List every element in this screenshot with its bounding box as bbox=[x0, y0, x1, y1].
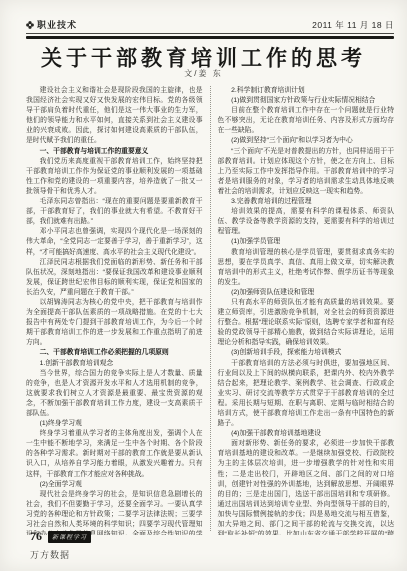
page-number: 76 bbox=[30, 529, 42, 544]
paragraph: 终身学习着重从学习者的主体角度出发，强调个人在一生中能不断地学习，来满足一生中各… bbox=[26, 429, 203, 479]
header-rule-thick bbox=[26, 36, 394, 40]
section-label-text: 职业技术 bbox=[37, 18, 77, 31]
subsection-heading: (3)创新培训手段，探索能力培训模式 bbox=[218, 348, 395, 358]
issue-date: 2011 年 11 月 18 日 bbox=[312, 19, 394, 31]
subsection-heading: (4)加强干部教育培训基地建设 bbox=[218, 429, 395, 439]
paragraph: 教育培训管理的核心是学员管理，要贯彻求真务实的思想，要在学员真学、真信、真用上做… bbox=[218, 248, 395, 288]
paragraph: 培训效果的提高，需要有科学的课程体系、师资队伍、教学设备等教学资源的支持，更需要… bbox=[218, 207, 395, 237]
subsection-heading: (2)全面学习观 bbox=[26, 480, 203, 490]
subsection-heading: 2.科学制订教育培训计划 bbox=[218, 86, 395, 96]
paragraph: 面对新形势、新任务的要求，必须进一步加快干部教育培训基地的建设和改革。一是继续加… bbox=[218, 439, 395, 535]
flower-icon bbox=[26, 21, 34, 29]
article-body: 建设社会主义和谐社会是现阶段我国的主旋律，也是我国经济社会实现又好又快发展的宏伟… bbox=[26, 86, 394, 535]
subsection-heading: 3.完善教育培训的过程管理 bbox=[218, 197, 395, 207]
subsection-heading: (1)做到贯彻国家方针政策与行业实际情况相结合 bbox=[218, 96, 395, 106]
paragraph: 只有高水平的师资队伍才能有高质量的培训效果。要建立师资库，引进激励竞争机制，对全… bbox=[218, 298, 395, 348]
paragraph: 以胡锦涛同志为核心的党中央，把干部教育与培训作为全面提高干部队伍素质的一项战略措… bbox=[26, 298, 203, 348]
subsection-heading: (1)加强学员管理 bbox=[218, 237, 395, 247]
right-column: 2.科学制订教育培训计划(1)做到贯彻国家方针政策与行业实际情况相结合目前在整个… bbox=[211, 86, 395, 535]
paragraph: 干部教育培训的方法必须与时俱进，要加强地区间、行业间以及上下间的纵横向联系，把课… bbox=[218, 359, 395, 430]
article-byline: 文/姜 东 bbox=[0, 68, 407, 79]
paragraph: 我们党历来高度重视干部教育培训工作，始终坚持把干部教育培训工作作为保证党的事业顺… bbox=[26, 157, 203, 197]
journal-logo-badge: 新课程学习 bbox=[48, 531, 91, 543]
subsection-heading: 1.创新干部教育培训观念 bbox=[26, 359, 203, 369]
paragraph: 毛泽东同志曾指出：“现在的重要问题是要重新教育干部，干部教育好了，我们的事业就大… bbox=[26, 197, 203, 227]
subsection-heading: (2)做到坚持“三个面向”和以学习者为中心 bbox=[218, 136, 395, 146]
paragraph: 邓小平同志也曾强调，实现四个现代化是一场深刻的伟大革命，“全党同志一定要善于学习… bbox=[26, 227, 203, 257]
page-footer: 76 新课程学习 万方数据 bbox=[30, 529, 91, 561]
paragraph: 江泽民同志根据我们党面临的新形势、新任务和干部队伍状况，深刻地指出：“要保证我国… bbox=[26, 258, 203, 298]
scanned-article-page: 职业技术 2011 年 11 月 18 日 关于干部教育培训工作的思考 文/姜 … bbox=[0, 0, 407, 571]
left-column: 建设社会主义和谐社会是现阶段我国的主旋律，也是我国经济社会实现又好又快发展的宏伟… bbox=[26, 86, 210, 535]
section-heading: 二、干部教育培训工作必须把握的几项原则 bbox=[26, 348, 203, 358]
section-heading: 一、干部教育与培训工作的重要意义 bbox=[26, 147, 203, 157]
subsection-heading: (1)终身学习观 bbox=[26, 419, 203, 429]
subsection-heading: (2)加强师资队伍建设和管理 bbox=[218, 288, 395, 298]
paragraph: “三个面向”不光是对普教提出的方针，也同样适用于干部教育培训。计划应体现这个方针… bbox=[218, 147, 395, 197]
section-label: 职业技术 bbox=[26, 18, 77, 31]
paragraph: 目前在整个教育培训工作中存在一个问题就是行业特色不够突出，无论在教育培训任务、内… bbox=[218, 106, 395, 136]
header-rule-thin bbox=[26, 33, 394, 34]
paragraph: 当今世界，综合国力的竞争实际上是人才数量、质量的竞争，也是人才资源开发水平和人才… bbox=[26, 369, 203, 419]
page-header: 职业技术 2011 年 11 月 18 日 bbox=[26, 18, 394, 39]
paragraph: 建设社会主义和谐社会是现阶段我国的主旋律，也是我国经济社会实现又好又快发展的宏伟… bbox=[26, 86, 203, 147]
wanfang-watermark: 万方数据 bbox=[30, 548, 91, 561]
